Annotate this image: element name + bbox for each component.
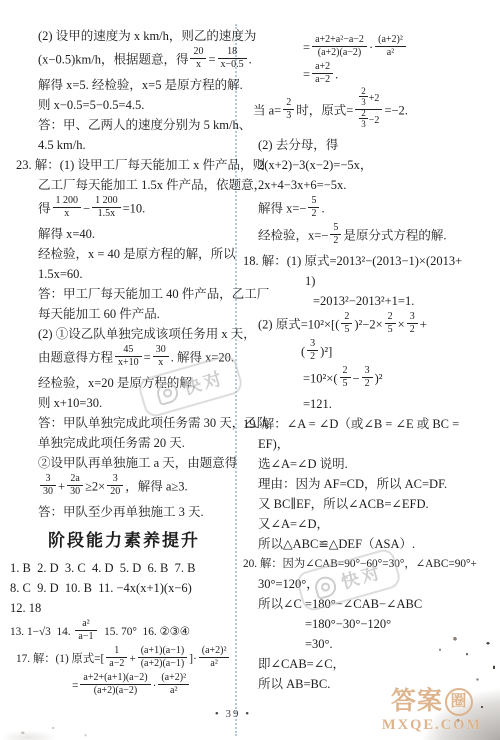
text-line: EF)，	[243, 434, 497, 454]
text-line: 答：甲、乙两人的速度分别为 5 km/h、	[10, 115, 238, 135]
fraction: 330	[40, 473, 56, 498]
fraction: 1a−2	[106, 645, 127, 670]
text-line: =a+2a−2.	[243, 63, 497, 88]
fraction: 32	[362, 365, 373, 390]
right-column: =a+2+a²−a−2(a+2)(a−2)·(a+2)²a²=a+2a−2.当 …	[243, 34, 497, 694]
text-line: 解得 x=40.	[10, 224, 238, 244]
text-line: =121.	[243, 394, 497, 414]
fraction: 32	[407, 311, 418, 336]
text-line: 1)	[243, 271, 497, 291]
text-line: =10²×(25−32)²	[243, 367, 497, 392]
answer-brand-text: 答案 圈	[368, 688, 496, 716]
text-line: 则 x−0.5=5−0.5=4.5.	[10, 95, 238, 115]
text-line: 2(x+2)−3(x−2)=−5x，	[243, 155, 497, 175]
text-line: 23. 解：(1) 设甲工厂每天能加工 x 件产品，则	[10, 155, 238, 175]
kuaidui-logo-icon	[312, 574, 338, 600]
fraction: 25	[340, 365, 351, 390]
text-line: =a+2+a²−a−2(a+2)(a−2)·(a+2)²a²	[243, 36, 497, 61]
text-line: (x−0.5)km/h，根据题意，得20x=18x−0.5.	[10, 48, 238, 73]
text-line: (2) ①设乙队单独完成该项任务用 x 天，	[10, 324, 238, 344]
text-line: 得1 200x−1 2001.5x=10.	[10, 197, 238, 222]
text-line: 经检验，x=−52是原分式方程的解.	[243, 224, 497, 249]
answer-circle-watermark: 答案 圈 MXQE.COM	[368, 688, 496, 734]
answer-brand-prefix: 答案	[391, 688, 443, 716]
text-line: (32)²]	[243, 340, 497, 365]
text-line: 乙工厂每天能加工 1.5x 件产品，依题意，	[10, 175, 238, 195]
fraction: 23	[359, 86, 368, 107]
text-line: 解得 x=5. 经检验，x=5 是原方程的解.	[10, 75, 238, 95]
text-line: (2) 去分母，得	[243, 135, 497, 155]
scan-noise-bottom-left	[0, 716, 190, 740]
text-line: 330+2a30≥2×320，解得 a≥3.	[10, 475, 238, 500]
text-line: =2013²−2013²+1=1.	[243, 291, 497, 311]
text-line: 当 a=23时，原式=23+223−2=−2.	[243, 90, 497, 133]
fraction: 25	[385, 311, 396, 336]
text-line: 所以△ABC≌△DEF（ASA）.	[243, 534, 497, 554]
answer-brand-circled-char: 圈	[445, 688, 473, 716]
text-line: 18. 解：(1) 原式=2013²−(2013−1)×(2013+	[243, 251, 497, 271]
text-line: 12. 18	[10, 598, 238, 618]
fraction: 30x	[153, 344, 169, 369]
answer-site-url: MXQE.COM	[368, 718, 496, 734]
text-line: 4.5 km/h.	[10, 135, 238, 155]
text-line: ②设甲队再单独施工 a 天，由题意得	[10, 453, 238, 473]
text-line: 选∠A=∠D 说明.	[243, 454, 497, 474]
fraction: 1 200x	[53, 195, 82, 220]
text-line: 理由：因为 AF=CD，所以 AC=DF.	[243, 474, 497, 494]
kuaidui-logo-icon	[154, 380, 180, 406]
text-line: 经检验，x = 40 是原方程的解，所以	[10, 244, 238, 264]
fraction: (a+2)²a²	[375, 34, 406, 59]
text-line: 每天能加工 60 件产品.	[10, 304, 238, 324]
text-line: 所以∠C =180°−∠CAB−∠ABC	[243, 594, 497, 614]
fraction: 23+223−2	[355, 88, 382, 131]
kuaidui-watermark-label: 快对	[180, 364, 228, 401]
fraction: 52	[330, 222, 341, 247]
text-line: (2) 原式=10²×[(25)²−2×25×32+	[243, 313, 497, 338]
text-line: 解得 x=−52.	[243, 197, 497, 222]
text-line: 答：甲队单独完成此项任务需 30 天，乙队	[10, 413, 238, 433]
fraction: 1 2001.5x	[92, 195, 121, 220]
fraction: 20x	[190, 46, 206, 71]
scanned-answer-page: (2) 设甲的速度为 x km/h，则乙的速度为(x−0.5)km/h，根据题意…	[0, 0, 500, 740]
text-line: (2) 设甲的速度为 x km/h，则乙的速度为	[10, 26, 238, 46]
text-line: 答：甲队至少再单独施工 3 天.	[10, 502, 238, 522]
fraction: 320	[107, 473, 123, 498]
fraction: (a+2)²a²	[199, 645, 230, 670]
section-heading: 阶段能力素养提升	[10, 522, 238, 558]
fraction: a+2+a²−a−2(a+2)(a−2)	[312, 34, 367, 59]
fraction: 25	[341, 311, 352, 336]
text-line: 17. 解：(1) 原式=[1a−2+(a+1)(a−1)(a+2)(a−1)]…	[10, 647, 238, 672]
page-number: • 39 •	[168, 708, 298, 720]
fraction: 45x+10	[115, 344, 142, 369]
text-line: 答：甲工厂每天能加工 40 件产品，乙工厂	[10, 284, 238, 304]
text-line: 8. C 9. D 10. B 11. −4x(x+1)(x−6)	[10, 578, 238, 598]
fraction: (a+1)(a−1)(a+2)(a−1)	[138, 645, 187, 670]
fraction: a+2+(a+1)(a−2)(a+2)(a−2)	[80, 672, 150, 697]
fraction: a²a−1	[75, 618, 96, 643]
fraction: 23	[359, 108, 368, 129]
text-line: =a+2+(a+1)(a−2)(a+2)(a−2)·(a+2)²a²	[10, 674, 238, 699]
text-line: 2x+4−3x+6=−5x.	[243, 175, 497, 195]
text-line: 1. B 2. D 3. C 4. D 5. D 6. B 7. B	[10, 558, 238, 578]
text-line: 单独完成此项任务需 20 天.	[10, 433, 238, 453]
text-line: 又∠A=∠D，	[243, 514, 497, 534]
text-line: 又 BC∥EF，所以∠ACB=∠EFD.	[243, 494, 497, 514]
text-line: 13. 1−√3 14. a²a−1 15. 70° 16. ②③④	[10, 620, 238, 645]
fraction: 23	[283, 97, 294, 122]
fraction: a+2a−2	[312, 61, 333, 86]
fraction: 2a30	[67, 473, 83, 498]
fraction: 52	[308, 195, 319, 220]
kuaidui-watermark-label: 快对	[338, 558, 386, 595]
fraction: 32	[307, 338, 318, 363]
text-line: 1.5x=60.	[10, 264, 238, 284]
text-line: 19. 解：∠A = ∠D（或∠B = ∠E 或 BC =	[243, 414, 497, 434]
fraction: (a+2)²a²	[158, 672, 189, 697]
